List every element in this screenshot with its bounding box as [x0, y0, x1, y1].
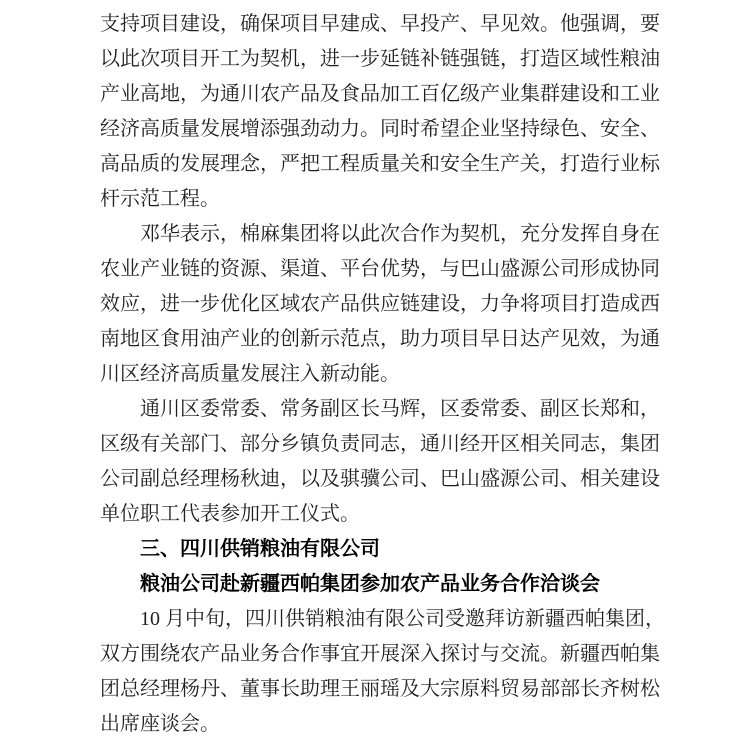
- article-title-xinjiang-cooperation: 粮油公司赴新疆西帕集团参加农产品业务合作洽谈会: [100, 567, 660, 602]
- article-title-text: 粮油公司赴新疆西帕集团参加农产品业务合作洽谈会: [100, 567, 660, 602]
- paragraph-ceremony-attendees: 通川区委常委、常务副区长马辉，区委常委、副区长郑和， 区级有关部门、部分乡镇负责…: [100, 392, 660, 532]
- paragraph-project-support: 支持项目建设，确保项目早建成、早投产、早见效。他强调，要 以此次项目开工为契机，…: [100, 7, 660, 217]
- text-line: 邓华表示，棉麻集团将以此次合作为契机，充分发挥自身在: [100, 217, 660, 252]
- document-page: 支持项目建设，确保项目早建成、早投产、早见效。他强调，要 以此次项目开工为契机，…: [0, 0, 750, 750]
- text-line: 川区经济高质量发展注入新动能。: [100, 357, 660, 392]
- text-line: 南地区食用油产业的创新示范点，助力项目早日达产见效，为通: [100, 322, 660, 357]
- document-content: 支持项目建设，确保项目早建成、早投产、早见效。他强调，要 以此次项目开工为契机，…: [100, 7, 660, 742]
- section-heading-text: 三、四川供销粮油有限公司: [100, 532, 660, 567]
- paragraph-xinjiang-visit: 10 月中旬，四川供销粮油有限公司受邀拜访新疆西帕集团， 双方围绕农产品业务合作…: [100, 602, 660, 742]
- text-line: 支持项目建设，确保项目早建成、早投产、早见效。他强调，要: [100, 7, 660, 42]
- text-line: 经济高质量发展增添强劲动力。同时希望企业坚持绿色、安全、: [100, 112, 660, 147]
- text-line: 公司副总经理杨秋迪，以及骐骥公司、巴山盛源公司、相关建设: [100, 462, 660, 497]
- paragraph-denghua-statement: 邓华表示，棉麻集团将以此次合作为契机，充分发挥自身在 农业产业链的资源、渠道、平…: [100, 217, 660, 392]
- section-heading-sichuan-grain-oil: 三、四川供销粮油有限公司: [100, 532, 660, 567]
- text-line: 杆示范工程。: [100, 182, 660, 217]
- text-line: 以此次项目开工为契机，进一步延链补链强链，打造区域性粮油: [100, 42, 660, 77]
- text-line: 通川区委常委、常务副区长马辉，区委常委、副区长郑和，: [100, 392, 660, 427]
- text-line: 单位职工代表参加开工仪式。: [100, 497, 660, 532]
- text-line: 10 月中旬，四川供销粮油有限公司受邀拜访新疆西帕集团，: [100, 602, 660, 637]
- text-line: 区级有关部门、部分乡镇负责同志，通川经开区相关同志，集团: [100, 427, 660, 462]
- text-line: 高品质的发展理念，严把工程质量关和安全生产关，打造行业标: [100, 147, 660, 182]
- text-line: 出席座谈会。: [100, 707, 660, 742]
- text-line: 农业产业链的资源、渠道、平台优势，与巴山盛源公司形成协同: [100, 252, 660, 287]
- text-line: 效应，进一步优化区域农产品供应链建设，力争将项目打造成西: [100, 287, 660, 322]
- text-line: 双方围绕农产品业务合作事宜开展深入探讨与交流。新疆西帕集: [100, 637, 660, 672]
- text-line: 团总经理杨丹、董事长助理王丽瑶及大宗原料贸易部部长齐树松: [100, 672, 660, 707]
- text-line: 产业高地，为通川农产品及食品加工百亿级产业集群建设和工业: [100, 77, 660, 112]
